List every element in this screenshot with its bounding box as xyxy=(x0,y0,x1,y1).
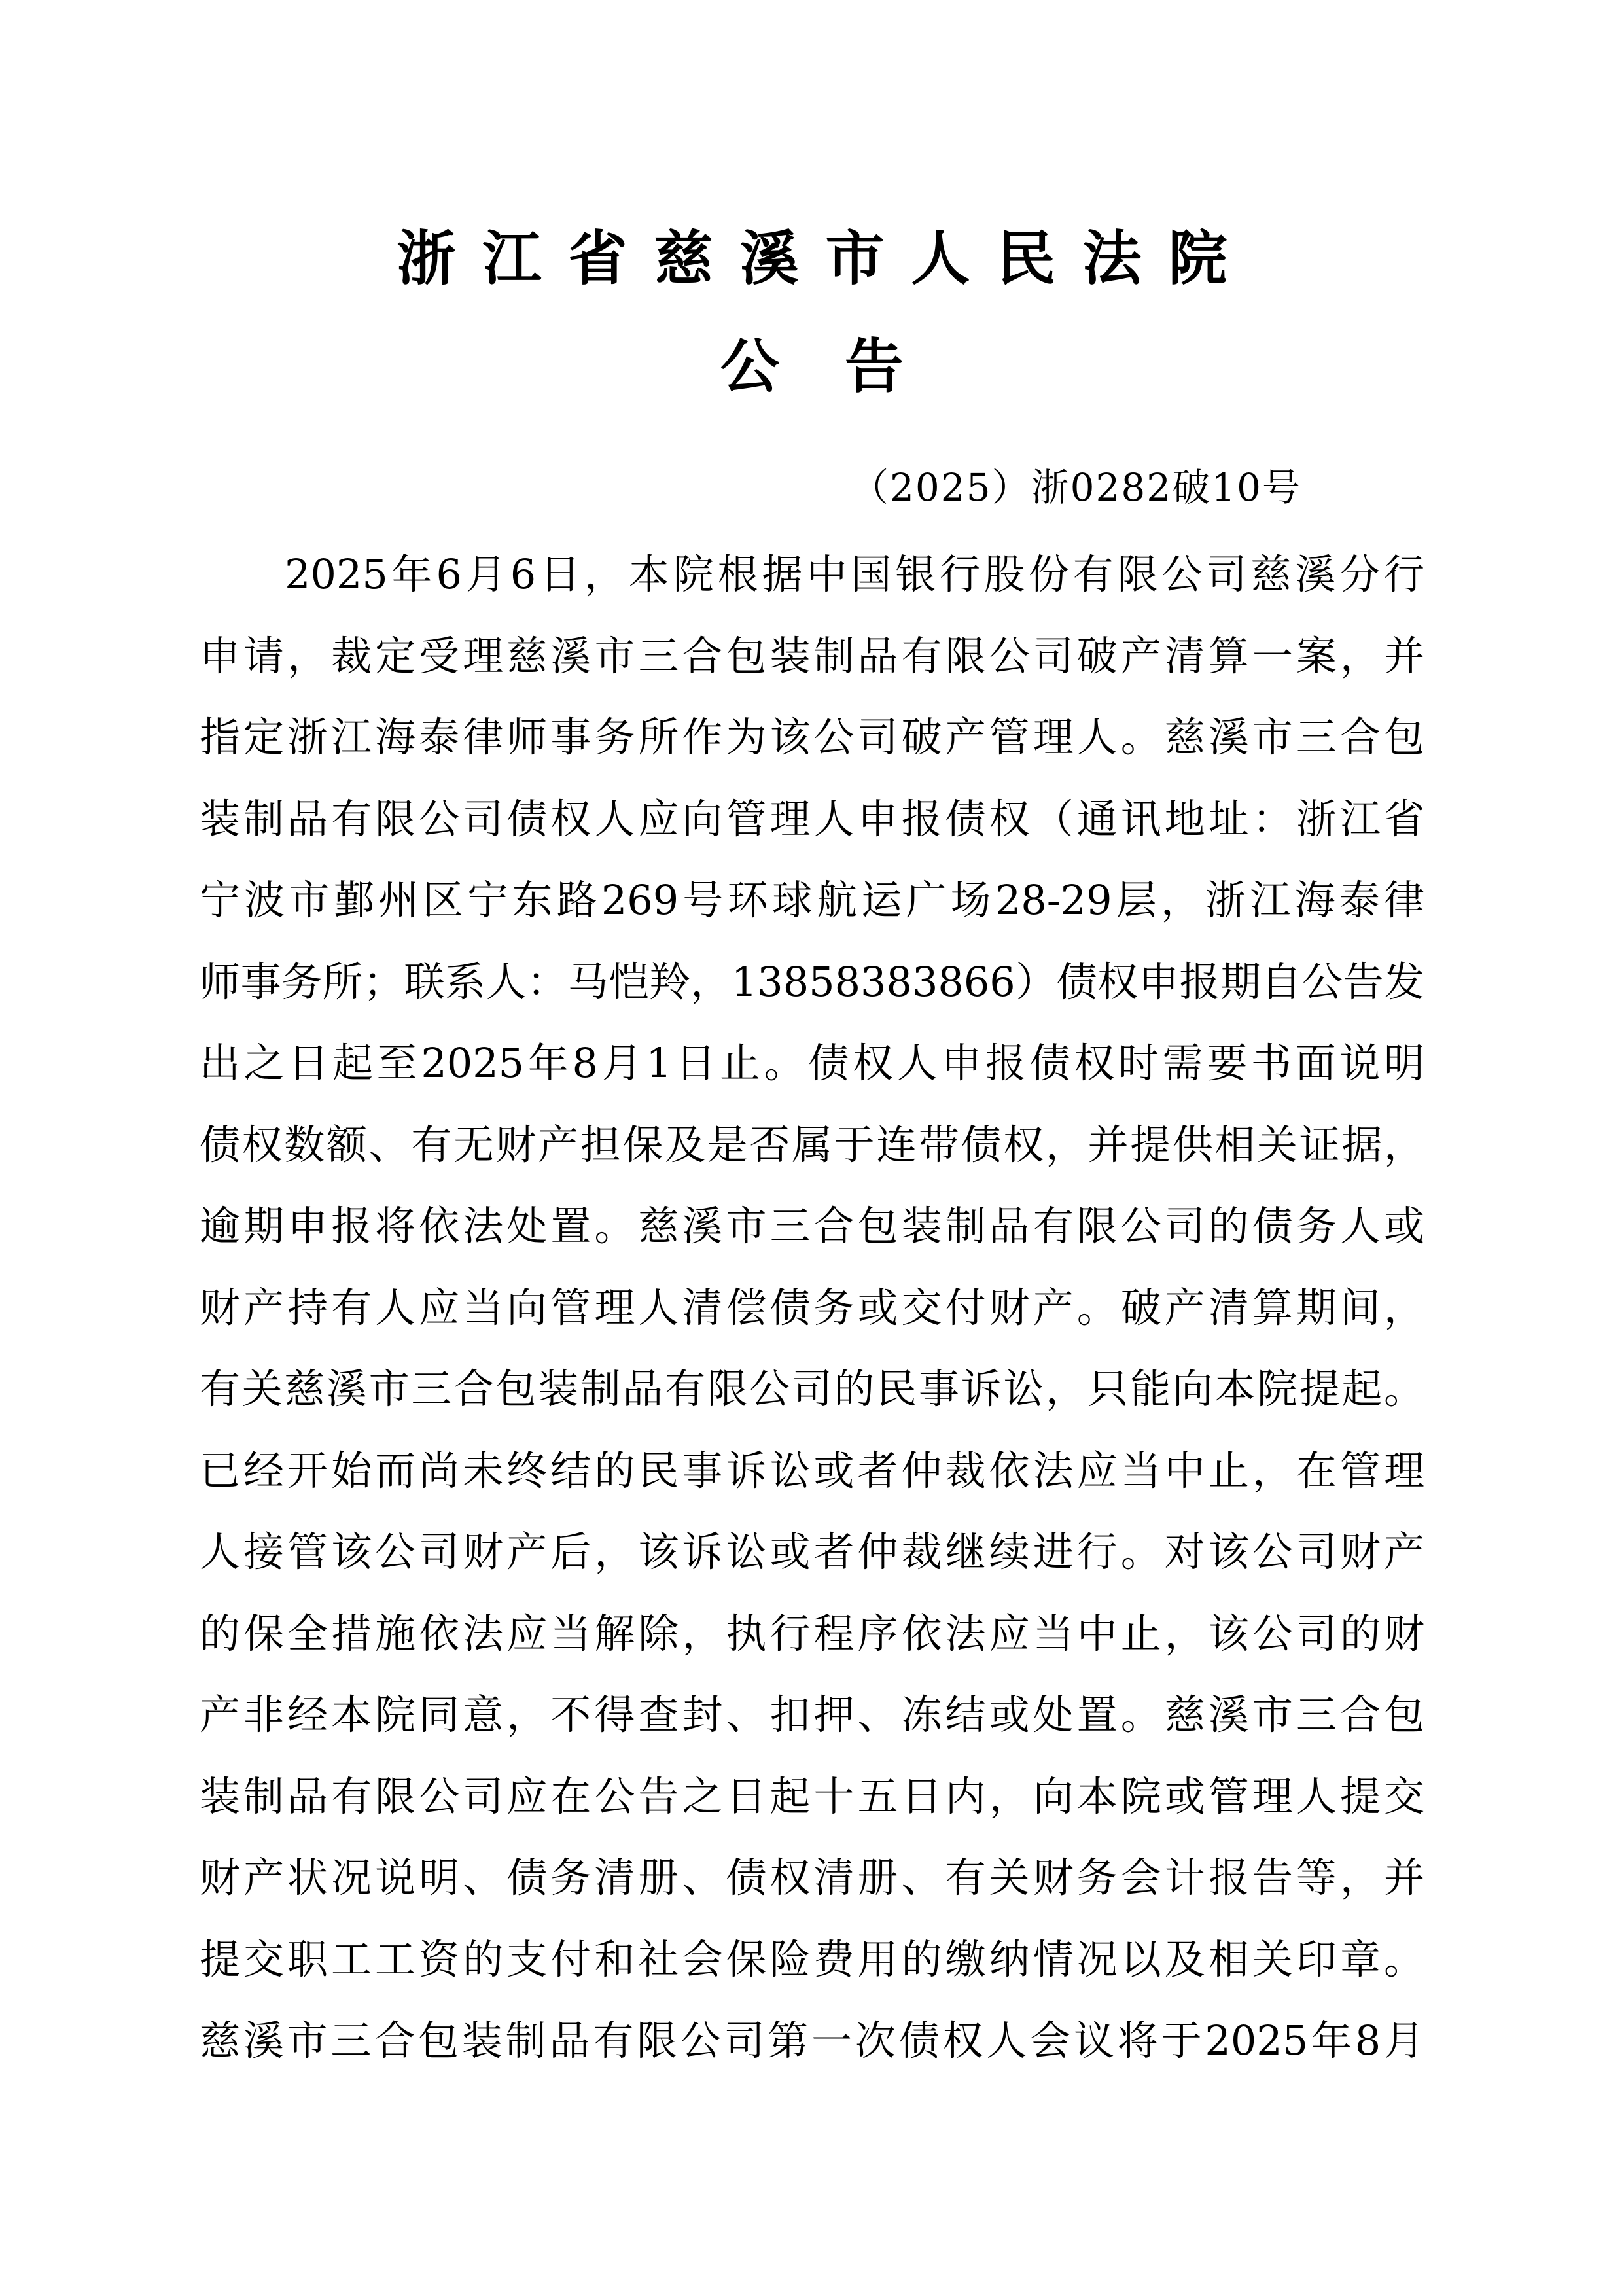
body-line: 师事务所；联系人：马恺羚，13858383866）债权申报期自公告发 xyxy=(200,956,1424,1038)
court-name-title: 浙江省慈溪市人民法院 xyxy=(0,222,1624,294)
body-line: 财产持有人应当向管理人清偿债务或交付财产。破产清算期间， xyxy=(200,1282,1424,1364)
body-line: 装制品有限公司应在公告之日起十五日内，向本院或管理人提交 xyxy=(200,1771,1424,1852)
body-line: 已经开始而尚未终结的民事诉讼或者仲裁依法应当中止，在管理 xyxy=(200,1445,1424,1527)
body-line: 慈溪市三合包装制品有限公司第一次债权人会议将于2025年8月 xyxy=(200,2015,1424,2096)
body-line: 装制品有限公司债权人应向管理人申报债权（通讯地址：浙江省 xyxy=(200,793,1424,875)
case-number: （2025）浙0282破10号 xyxy=(851,461,1348,514)
body-line: 产非经本院同意，不得查封、扣押、冻结或处置。慈溪市三合包 xyxy=(200,1689,1424,1771)
body-line: 逾期申报将依法处置。慈溪市三合包装制品有限公司的债务人或 xyxy=(200,1200,1424,1282)
notice-body: 2025年6月6日，本院根据中国银行股份有限公司慈溪分行 申请，裁定受理慈溪市三… xyxy=(200,548,1424,2096)
notice-heading: 公告 xyxy=(0,330,1624,402)
body-line: 有关慈溪市三合包装制品有限公司的民事诉讼，只能向本院提起。 xyxy=(200,1363,1424,1445)
body-line: 财产状况说明、债务清册、债权清册、有关财务会计报告等，并 xyxy=(200,1852,1424,1934)
body-line: 指定浙江海泰律师事务所作为该公司破产管理人。慈溪市三合包 xyxy=(200,711,1424,793)
body-line: 申请，裁定受理慈溪市三合包装制品有限公司破产清算一案，并 xyxy=(200,630,1424,712)
body-line: 债权数额、有无财产担保及是否属于连带债权，并提供相关证据， xyxy=(200,1119,1424,1201)
document-page: 浙江省慈溪市人民法院 公告 （2025）浙0282破10号 2025年6月6日，… xyxy=(0,0,1624,2296)
body-line: 人接管该公司财产后，该诉讼或者仲裁继续进行。对该公司财产 xyxy=(200,1526,1424,1608)
body-line: 2025年6月6日，本院根据中国银行股份有限公司慈溪分行 xyxy=(200,548,1424,630)
body-line: 的保全措施依法应当解除，执行程序依法应当中止，该公司的财 xyxy=(200,1608,1424,1689)
body-line: 出之日起至2025年8月1日止。债权人申报债权时需要书面说明 xyxy=(200,1037,1424,1119)
body-line: 提交职工工资的支付和社会保险费用的缴纳情况以及相关印章。 xyxy=(200,1934,1424,2015)
body-line: 宁波市鄞州区宁东路269号环球航运广场28-29层，浙江海泰律 xyxy=(200,874,1424,956)
